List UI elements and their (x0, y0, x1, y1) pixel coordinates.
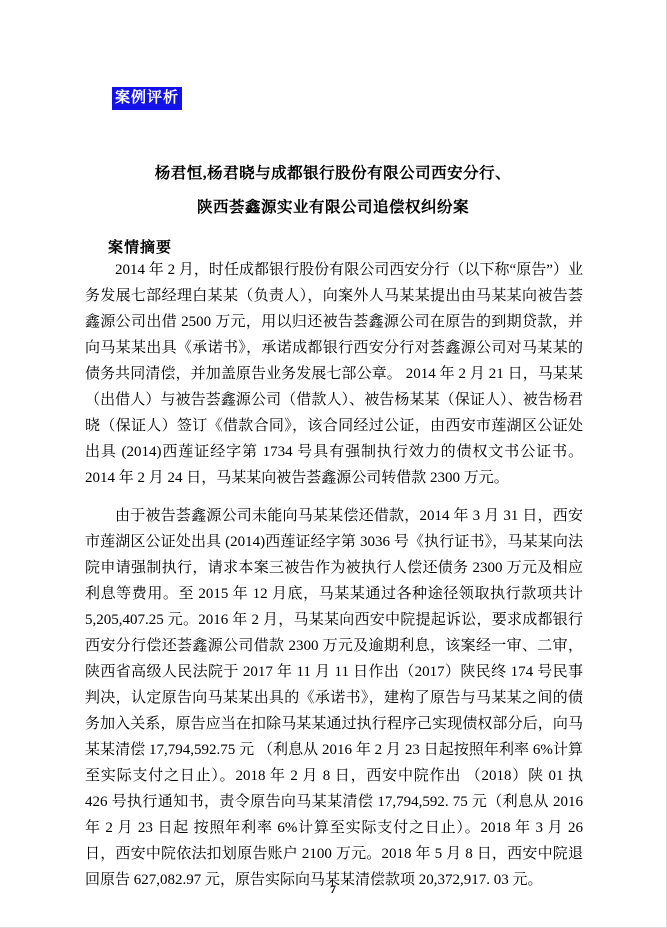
case-title: 杨君恒,杨君晓与成都银行股份有限公司西安分行、 陕西荟鑫源实业有限公司追偿权纠纷… (0, 157, 666, 225)
case-title-line2: 陕西荟鑫源实业有限公司追偿权纠纷案 (0, 191, 666, 225)
section-heading-case-summary: 案情摘要 (108, 236, 172, 257)
case-summary-body: 2014 年 2 月，时任成都银行股份有限公司西安分行（以下称“原告”）业务发展… (85, 257, 583, 905)
paragraph-2: 由于被告荟鑫源公司未能向马某某偿还借款，2014 年 3 月 31 日，西安市莲… (85, 503, 583, 893)
page-number: 7 (0, 882, 666, 897)
case-analysis-badge: 案例评析 (112, 87, 182, 110)
paragraph-1: 2014 年 2 月，时任成都银行股份有限公司西安分行（以下称“原告”）业务发展… (85, 257, 583, 491)
case-title-line1: 杨君恒,杨君晓与成都银行股份有限公司西安分行、 (0, 157, 666, 191)
document-page: 案例评析 杨君恒,杨君晓与成都银行股份有限公司西安分行、 陕西荟鑫源实业有限公司… (0, 0, 667, 928)
